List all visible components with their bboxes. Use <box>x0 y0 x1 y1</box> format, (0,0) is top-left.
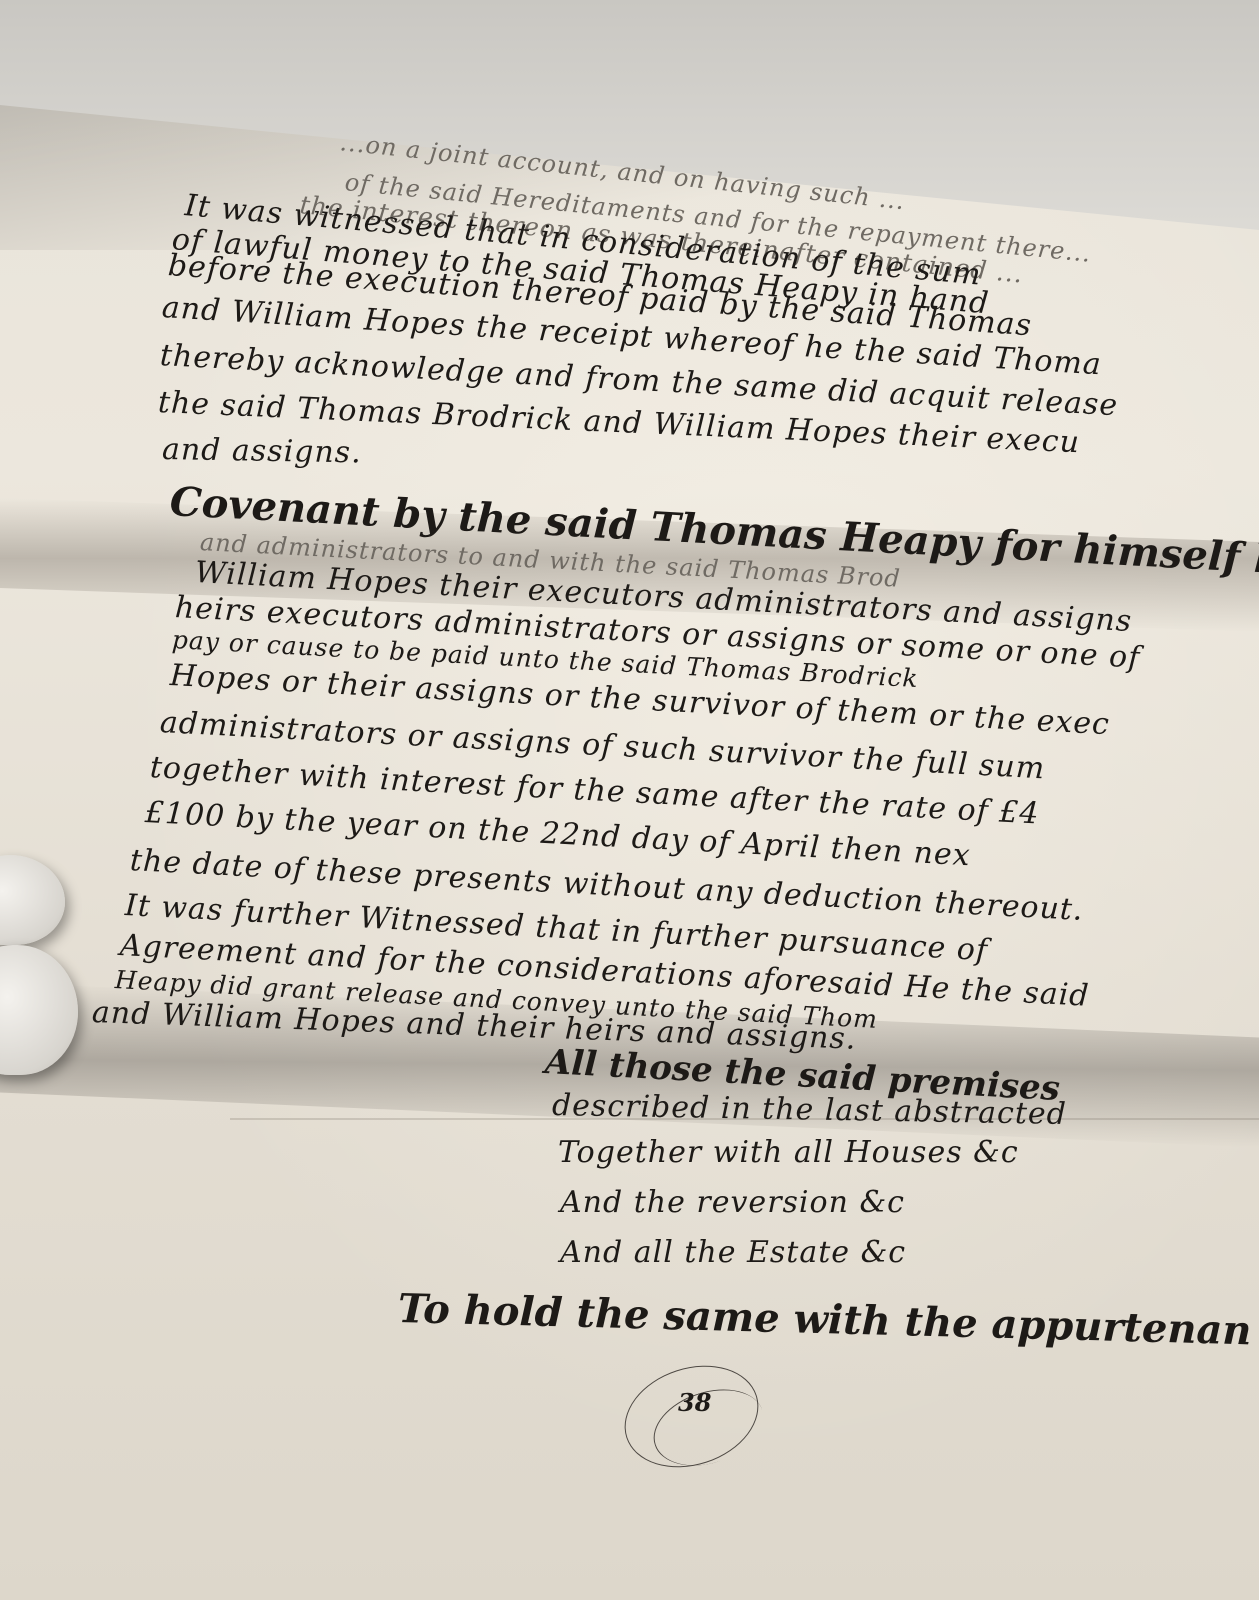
text-line: And all the Estate &c <box>560 1235 906 1270</box>
folio-number: 38 <box>678 1388 711 1417</box>
text-line: Together with all Houses &c <box>558 1135 1019 1170</box>
photo-stage: ...on a joint account, and on having suc… <box>0 0 1259 1600</box>
text-line: and assigns. <box>162 432 362 470</box>
handwritten-text: ...on a joint account, and on having suc… <box>0 0 1259 1600</box>
text-line: And the reversion &c <box>560 1185 905 1220</box>
text-line-heading: To hold the same with the appurtenan <box>397 1285 1252 1354</box>
